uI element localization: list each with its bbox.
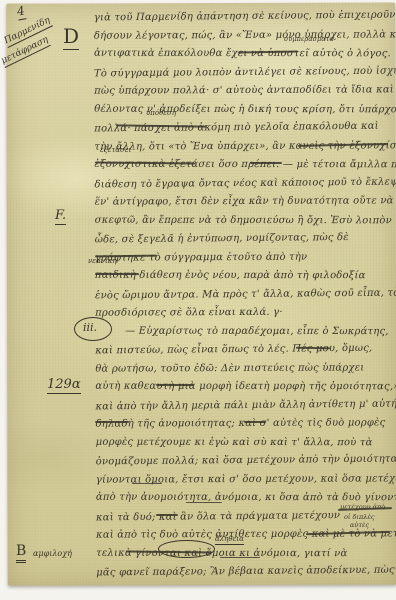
manuscript-line: δήσουν λέγοντας, πώς, ἂν «Ἕνα» μόνο ὑπάρ… <box>94 26 392 46</box>
section-b-note: αμφιλοχή <box>33 549 72 558</box>
circle-annotation <box>158 540 215 558</box>
manuscript-line: τὴν ἄλλη, ὅτι «τὸ Ἕνα ὑπάρχει», ἂν κανεὶ… <box>94 137 392 157</box>
manuscript-line: μᾶς φανεῖ παράξενο; Ἂν βέβαια κανεὶς ἀπο… <box>96 562 394 583</box>
manuscript-line: προσδιόρισες σὲ ὅλα εἶναι καλά. γ· <box>95 303 393 323</box>
manuscript-line: σκεφτῶ, ἂν ἔπρεπε νὰ τὸ δημοσιεύσω ἢ ὄχι… <box>95 211 393 230</box>
stephanus-reference: 129α <box>47 377 81 394</box>
section-letter-f: F. <box>55 208 66 225</box>
strikethrough-mark <box>250 162 282 164</box>
underline-mark <box>220 557 260 558</box>
manuscript-line: θὰ ρωτήσω, τοῦτο ἐδῶ: Δὲν πιστεύεις πὼς … <box>95 359 393 379</box>
manuscript-line: μορφὲς μετέχουμε κι ἐγὼ καὶ σὺ καὶ τ' ἄλ… <box>96 433 394 452</box>
interlinear-insert: συμπεράσματα <box>284 35 334 43</box>
manuscript-line: γράφτηκε τὸ σύγγραμμα ἐτοῦτο ἀπὸ τὴν <box>95 248 393 268</box>
manuscript-line: πὼς ὑπάρχουν πολλά· σ' αὐτοὺς ἀνταποδίδε… <box>94 81 392 101</box>
manuscript-line: ἀντιφατικὰ ἐπακόλουθα ἔχει νὰ ὑποστεῖ αὐ… <box>94 45 392 64</box>
manuscript-line: καὶ ἀπὸ τὴν ἄλλη μεριὰ πάλι μιὰν ἄλλη ἀν… <box>95 395 393 416</box>
manuscript-line: ὀνομάζουμε πολλά; καὶ ὅσα μετέχουν ἀπὸ τ… <box>96 451 394 472</box>
page-number: 4 <box>16 3 26 18</box>
manuscript-line: αὐτὴ καθεαυτὴ μιὰ μορφὴ ἰδεατὴ μορφὴ τῆς… <box>95 378 393 397</box>
manuscript-line: ἕν' ἀντίγραφο, ἔτσι δὲν εἶχα κἂν τὴ δυνα… <box>95 192 393 212</box>
right-margin-insert: οἱ διπλὲς <box>344 513 375 521</box>
manuscript-line: — Εὐχαρίστως τὸ παραδέχομαι, εἶπε ὁ Σωκρ… <box>125 322 393 341</box>
manuscript-line: καὶ πιστεύω, πὼς εἶναι ὅπως τὸ λές. Πές … <box>95 340 393 361</box>
manuscript-line: ὧδε, σὲ ξεγελᾶ ἡ ἐντύπωση, νομίζοντας, π… <box>95 229 393 250</box>
strikethrough-mark <box>95 273 139 275</box>
interlinear-insert: ὑπόθεση <box>146 109 176 117</box>
strikethrough-mark <box>95 421 129 423</box>
text-block: γιὰ τοῦ Παρμενίδη ἀπάντηση σὲ κείνους, π… <box>94 7 394 582</box>
interlinear-insert: ἐξετάσει <box>100 146 131 154</box>
strikethrough-mark <box>156 514 178 516</box>
manuscript-line: πολλά· πάσχει ἀπὸ ἀκόμη πιὸ γελοῖα ἐπακό… <box>94 118 392 139</box>
manuscript-line: δηλαδὴ τῆς ἀνομοιότητας; καὶ σ' αὐτὲς τὶ… <box>96 414 394 434</box>
underline-mark <box>186 502 222 503</box>
section-letter-b: Β <box>16 543 26 563</box>
section-letter-d: D <box>63 24 79 50</box>
manuscript-line: ἐξονυχιστικὰ ἐξετάσει ὅσο πρέπει. — μὲ τ… <box>94 156 392 175</box>
strikethrough-mark <box>244 421 266 423</box>
manuscript-line: ἑνὸς ὥριμου ἄντρα. Μὰ πρὸς τ' ἄλλα, καθὼ… <box>95 284 393 305</box>
manuscript-line: τελικὰ γίνονται καὶ ὅμοια κι ἀνόμοια, γι… <box>96 544 394 563</box>
manuscript-line: γιὰ τοῦ Παρμενίδη ἀπάντηση σὲ κείνους, π… <box>94 7 392 28</box>
underline-mark <box>132 483 162 484</box>
strikethrough-mark <box>156 384 194 386</box>
interlinear-insert: ἀλήθεια <box>215 535 244 545</box>
scanned-manuscript-page: { "page": { "margin": { "page_number": "… <box>0 0 396 600</box>
manuscript-line: θέλοντας ν' ἀποδείξει πὼς ἡ δική τους κρ… <box>94 100 392 119</box>
manuscript-line: διάθεση τὸ ἔγραψα ὄντας νέος καὶ κάποιος… <box>94 173 392 194</box>
right-margin-insert: αὐτὲς <box>350 521 369 529</box>
manuscript-line: γίνονται ὅμοια, ἔτσι καὶ σ' ὅσο μετέχουν… <box>96 470 394 490</box>
manuscript-line: Τὸ σύγγραμμά μου λοιπὸν ἀντιλέγει σὲ κεί… <box>94 62 392 83</box>
manuscript-line: παιδικὴ διάθεση ἑνὸς νέου, παρὰ ἀπὸ τὴ φ… <box>95 267 393 286</box>
interlinear-insert: νεανικὴ <box>88 257 117 265</box>
